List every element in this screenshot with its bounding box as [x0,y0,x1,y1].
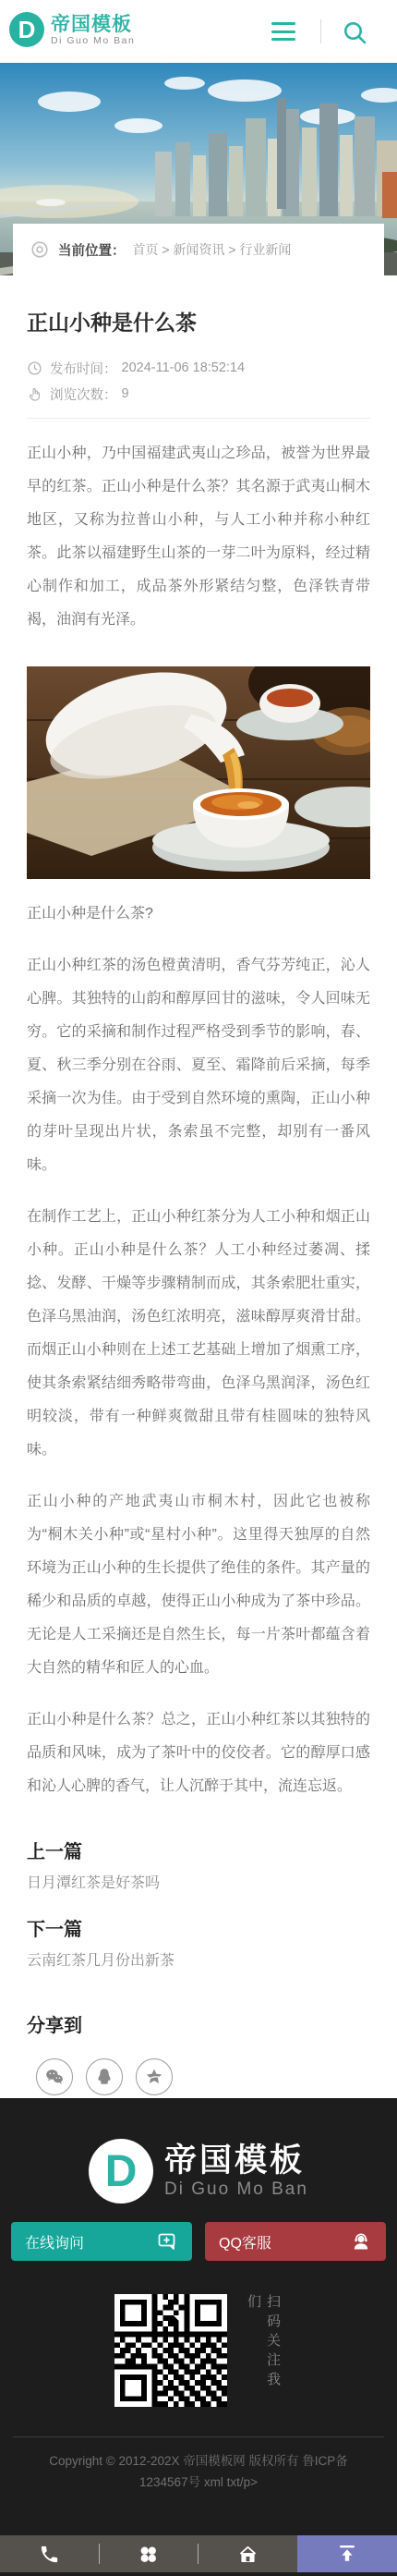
publish-time: 2024-11-06 18:52:14 [122,360,246,375]
back-to-top-icon[interactable] [297,2535,397,2572]
qr-caption: 扫码关注我们 [244,2294,283,2405]
logo-mark: D [9,12,44,47]
bottom-nav-bar [0,2535,397,2572]
article: 正山小种是什么茶 发布时间： 2024-11-06 18:52:14 浏览次数：… [0,309,397,2149]
chat-plus-icon [156,2230,178,2252]
headset-agent-icon [350,2230,372,2252]
qzone-icon [144,2067,164,2087]
article-paragraph: 在制作工艺上，正山小种红茶分为人工小种和烟正山小种。正山小种是什么茶？人工小种经… [27,1201,370,1467]
site-logo[interactable]: D 帝国模板 Di Guo Mo Ban [9,12,135,47]
article-paragraph: 正山小种是什么茶？总之，正山小种红茶以其独特的品质和风味，成为了茶叶中的佼佼者。… [27,1703,370,1803]
page-title: 正山小种是什么茶 [27,309,370,336]
share-qzone-button[interactable] [136,2058,173,2095]
breadcrumb-label: 当前位置： [58,240,126,260]
hand-pointer-icon [27,386,42,402]
logo-subtitle: Di Guo Mo Ban [51,35,135,46]
share-label: 分享到 [27,2014,370,2038]
publish-label: 发布时间： [50,359,117,378]
share-buttons [27,2058,370,2095]
logo-title: 帝国模板 [51,14,135,35]
meta-divider [27,418,370,419]
article-paragraph: 正山小种红茶的汤色橙黄清明，香气芬芳纯正，沁人心脾。其独特的山韵和醇厚回甘的滋味… [27,949,370,1182]
footer-contact-buttons: 在线询问 QQ客服 [11,2222,386,2261]
apps-grid-icon[interactable] [133,2538,164,2570]
article-meta: 发布时间： 2024-11-06 18:52:14 浏览次数： 9 [27,355,370,407]
footer-divider [13,2436,384,2437]
next-post-link[interactable]: 云南红茶几月份出新茶 [27,1953,370,1970]
footer-logo[interactable]: D 帝国模板 Di Guo Mo Ban [0,2139,397,2204]
mobile-article-page: D 帝国模板 Di Guo Mo Ban [0,0,397,2576]
clock-icon [27,360,42,376]
online-inquiry-button[interactable]: 在线询问 [11,2222,192,2261]
share-wechat-button[interactable] [36,2058,73,2095]
share-qq-button[interactable] [86,2058,123,2095]
footer-logo-mark: D [89,2139,153,2204]
next-post-label: 下一篇 [27,1918,370,1942]
menu-icon[interactable] [271,22,295,41]
article-paragraph: 正山小种是什么茶? [27,897,370,931]
prev-post-link[interactable]: 日月潭红茶是好茶吗 [27,1875,370,1892]
footer-logo-title: 帝国模板 [164,2143,308,2179]
wechat-icon [44,2067,65,2087]
header-divider [320,19,321,43]
home-icon[interactable] [233,2538,264,2570]
breadcrumb: 当前位置： 首页 > 新闻资讯 > 行业新闻 [13,224,384,275]
prev-post-label: 上一篇 [27,1840,370,1864]
phone-icon[interactable] [33,2538,65,2570]
article-paragraph: 正山小种的产地武夷山市桐木村，因此它也被称为“桐木关小种”或“星村小种”。这里得… [27,1485,370,1685]
footer-logo-subtitle: Di Guo Mo Ban [164,2179,308,2200]
article-paragraph: 正山小种，乃中国福建武夷山之珍品，被誉为世界最早的红茶。正山小种是什么茶？其名源… [27,437,370,637]
publish-time-row: 发布时间： 2024-11-06 18:52:14 [27,355,370,381]
location-icon [30,239,50,260]
hero-banner: 当前位置： 首页 > 新闻资讯 > 行业新闻 [0,63,397,275]
breadcrumb-path[interactable]: 首页 > 新闻资讯 > 行业新闻 [133,240,292,259]
qq-service-button[interactable]: QQ客服 [205,2222,386,2261]
qr-code [114,2294,227,2407]
nav-divider [99,2544,100,2564]
views-count: 9 [122,386,129,401]
views-label: 浏览次数： [50,385,117,404]
site-header: D 帝国模板 Di Guo Mo Ban [0,0,397,63]
views-row: 浏览次数： 9 [27,381,370,407]
tea-pouring-image [27,666,370,879]
nav-divider [198,2544,198,2564]
qr-section: 扫码关注我们 [0,2294,397,2407]
search-icon[interactable] [342,19,367,45]
site-footer: D 帝国模板 Di Guo Mo Ban 在线询问 QQ客服 [0,2098,397,2576]
copyright-text: Copyright © 2012-202X 帝国模板网 版权所有 鲁ICP备12… [0,2450,397,2493]
qq-icon [94,2067,114,2087]
